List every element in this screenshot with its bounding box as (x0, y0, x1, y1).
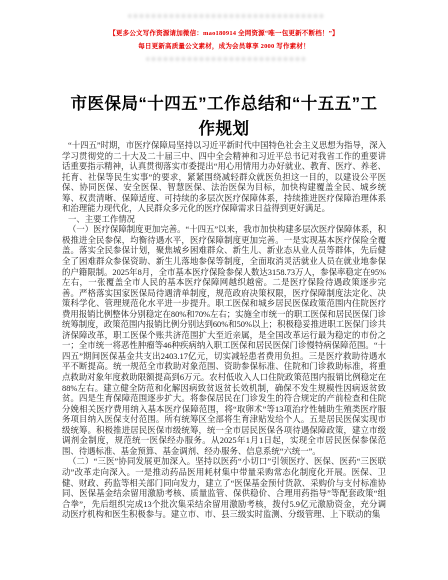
document-title-line-1: 市医保局“十四五”工作总结和“十五五”工 (0, 92, 448, 117)
document-page: 【更多公文写作资源请加微信：mao180914 全网资源“唯一包更新不断档！”】… (0, 0, 448, 580)
section-1-item-2-paragraph: （二）“三医”协同发展更加深入。坚持以医药“小切口”引领医疗、医保、医药“三医联… (62, 457, 386, 520)
intro-paragraph: “十四五”时期，市医疗保障局坚持以习近平新时代中国特色社会主义思想为指导，深入学… (62, 141, 386, 215)
watermark-line-1: 【更多公文写作资源请加微信：mao180914 全网资源“唯一包更新不断档！”】 (0, 28, 448, 41)
watermark-line-2: 每日更新高质量公文素材，成为会员尊享 2000 写作素材！ (0, 41, 448, 54)
document-title: 市医保局“十四五”工作总结和“十五五”工 作规划 (0, 92, 448, 142)
section-1-item-1-paragraph: （一）医疗保障制度更加完善。“十四五”以来，我市加快构建多层次医疗保障体系，积极… (62, 225, 386, 457)
faint-illegible-text-bottom (146, 57, 306, 61)
section-1-heading: 一、主要工作情况 (62, 215, 386, 226)
watermark-notice: 【更多公文写作资源请加微信：mao180914 全网资源“唯一包更新不断档！”】… (0, 28, 448, 53)
document-title-line-2: 作规划 (0, 117, 448, 142)
faint-illegible-text-top (128, 14, 324, 18)
document-body: “十四五”时期，市医疗保障局坚持以习近平新时代中国特色社会主义思想为指导，深入学… (62, 141, 386, 521)
